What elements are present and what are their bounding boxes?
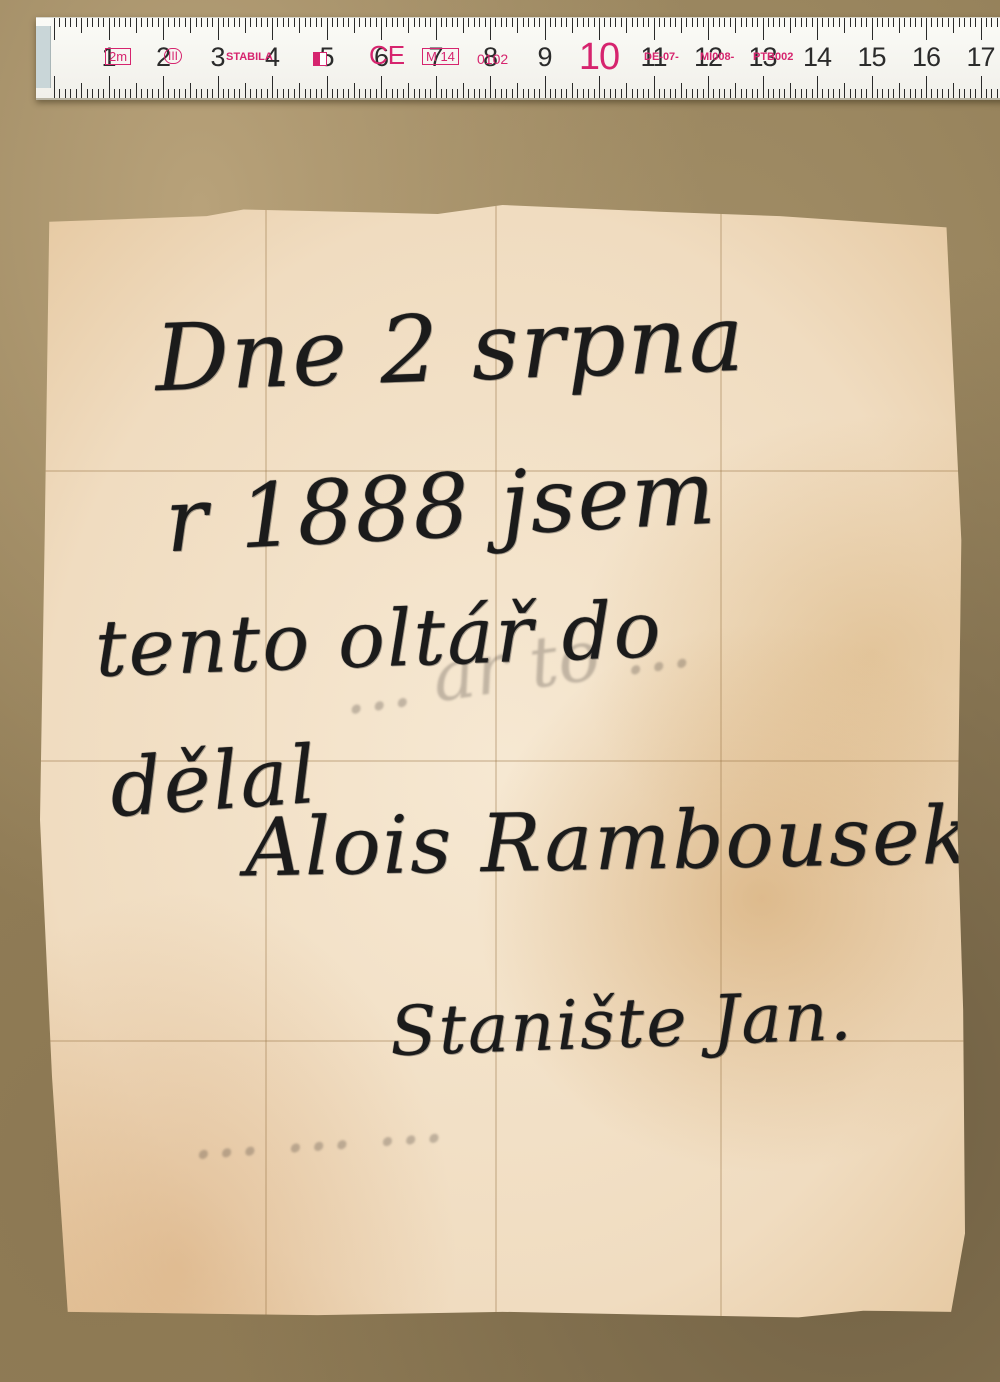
ruler-tick	[386, 18, 387, 27]
ruler-tick	[888, 18, 889, 27]
ruler-tick	[436, 18, 437, 40]
ruler-tick	[109, 18, 110, 40]
ruler-tick	[621, 18, 622, 27]
ruler-tick	[844, 83, 845, 98]
ruler-tick	[98, 18, 99, 27]
ruler-tick	[370, 89, 371, 98]
ruler-tick	[931, 18, 932, 27]
ruler-tick	[981, 76, 982, 98]
ruler-tick	[773, 89, 774, 98]
ruler-tick	[65, 89, 66, 98]
ruler-tick	[730, 18, 731, 27]
ruler-tick	[228, 18, 229, 27]
ruler-tick	[664, 18, 665, 27]
ruler-tick	[485, 18, 486, 27]
ruler-tick	[959, 18, 960, 27]
ruler-tick	[207, 89, 208, 98]
ruler-tick	[310, 18, 311, 27]
ruler-tick	[103, 18, 104, 27]
handwriting-signature: Alois Rambousek	[244, 789, 973, 895]
ruler-ticks-bottom	[36, 76, 1000, 98]
ruler-tick	[457, 18, 458, 27]
ruler-tick	[207, 18, 208, 27]
ruler-tick	[452, 89, 453, 98]
ruler-tick	[419, 89, 420, 98]
ruler-tick	[430, 18, 431, 27]
ruler-tick	[877, 18, 878, 27]
ruler-tick	[512, 18, 513, 27]
ruler-tick	[158, 89, 159, 98]
ruler-tick	[359, 18, 360, 27]
ruler-tick	[948, 89, 949, 98]
ruler-tick	[256, 18, 257, 27]
ruler-tick	[577, 18, 578, 27]
ruler-tick	[305, 89, 306, 98]
ruler-tick	[354, 83, 355, 98]
ruler-tick	[882, 18, 883, 27]
ruler-tick	[201, 18, 202, 27]
ruler-tick	[806, 18, 807, 27]
ruler-tick	[81, 18, 82, 33]
ruler-tick	[501, 18, 502, 27]
ruler-tick	[812, 18, 813, 27]
ruler-tick	[681, 18, 682, 33]
ruler-tick	[632, 18, 633, 27]
ruler-tick	[648, 89, 649, 98]
ruler-tick	[882, 89, 883, 98]
ruler-tick	[561, 18, 562, 27]
ruler-tick	[583, 89, 584, 98]
ruler-tick	[267, 89, 268, 98]
ruler-tick	[436, 76, 437, 98]
ruler-tick	[250, 89, 251, 98]
ruler-tick	[196, 89, 197, 98]
ruler-tick	[594, 18, 595, 27]
ruler-tick	[294, 89, 295, 98]
ruler-tick	[572, 83, 573, 98]
ruler-tick	[872, 76, 873, 98]
ruler-tick	[637, 89, 638, 98]
ruler-tick	[964, 89, 965, 98]
ruler-tick	[534, 18, 535, 27]
ruler-tick	[365, 89, 366, 98]
ruler-tick	[141, 89, 142, 98]
ruler-tick	[485, 89, 486, 98]
ruler-tick	[223, 18, 224, 27]
ruler-tick	[392, 18, 393, 27]
ruler-number: 15	[857, 42, 885, 73]
ruler-tick	[942, 18, 943, 27]
ruler-tick	[152, 18, 153, 27]
bleed-through-text: … … …	[187, 1076, 447, 1176]
ruler-tick	[168, 89, 169, 98]
ruler-tick	[370, 18, 371, 27]
ruler-tick	[59, 18, 60, 27]
ruler-tick	[430, 89, 431, 98]
ruler-tick	[452, 18, 453, 27]
ruler-tick	[752, 89, 753, 98]
ruler-tick	[446, 18, 447, 27]
ruler-tick	[218, 76, 219, 98]
ruler-tick	[626, 83, 627, 98]
ruler-tick	[517, 18, 518, 33]
ruler-tick	[283, 89, 284, 98]
ruler-tick	[773, 18, 774, 27]
ruler-tick	[675, 89, 676, 98]
ruler-tick	[735, 83, 736, 98]
ruler-tick	[779, 18, 780, 27]
ruler-tick	[550, 89, 551, 98]
ruler-tick	[610, 89, 611, 98]
ruler-tick	[185, 18, 186, 27]
ruler-tick	[506, 18, 507, 27]
ruler-tick	[163, 18, 164, 40]
ruler-tick	[964, 18, 965, 27]
ruler-tick	[975, 18, 976, 27]
ruler-tick	[833, 18, 834, 27]
ruler-tick	[692, 18, 693, 27]
ruler-tick	[779, 89, 780, 98]
ruler-tick	[855, 18, 856, 27]
ruler-number: 17	[966, 42, 994, 73]
ruler-tick	[626, 18, 627, 33]
ruler-tick	[490, 76, 491, 98]
ruler-tick	[457, 89, 458, 98]
ruler-tick	[713, 18, 714, 27]
ruler-tick	[337, 89, 338, 98]
ruler-cert-3: PTB002	[753, 51, 793, 63]
ruler-tick	[87, 89, 88, 98]
ruler-tick	[441, 89, 442, 98]
ruler-tick	[746, 18, 747, 27]
ruler-tick	[937, 89, 938, 98]
ruler-brand: STABILA	[226, 51, 273, 63]
ruler-tick	[757, 18, 758, 27]
ruler-tick	[234, 89, 235, 98]
ruler-tick	[904, 89, 905, 98]
ruler-tick	[953, 83, 954, 98]
ruler-tick	[942, 89, 943, 98]
ruler-tick	[528, 89, 529, 98]
ruler-tick	[545, 18, 546, 40]
ruler-tick	[125, 18, 126, 27]
ruler-tick	[70, 18, 71, 27]
ruler-tick	[752, 18, 753, 27]
ruler-tick	[59, 89, 60, 98]
ruler-tick	[724, 18, 725, 27]
ruler-tick	[212, 18, 213, 27]
ruler-tick	[768, 89, 769, 98]
ruler-tick	[523, 18, 524, 27]
ruler-tick	[517, 83, 518, 98]
ruler-tick	[686, 18, 687, 27]
ruler-tick	[550, 18, 551, 27]
ruler-tick	[87, 18, 88, 27]
ruler-tick	[615, 18, 616, 27]
ruler-tick	[664, 89, 665, 98]
ruler-tick	[986, 18, 987, 27]
ruler-tick	[397, 89, 398, 98]
ruler-tick	[174, 89, 175, 98]
ruler-tick	[119, 89, 120, 98]
ruler-tick	[953, 18, 954, 33]
ruler-tick	[321, 89, 322, 98]
ruler-tick	[937, 18, 938, 27]
ruler-tick	[495, 89, 496, 98]
ruler-tick	[414, 89, 415, 98]
ruler-tick	[376, 18, 377, 27]
ruler-tick	[790, 18, 791, 33]
ruler-tick	[76, 18, 77, 27]
handwriting-line-1: Dne 2 srpna	[153, 285, 747, 413]
ruler-tick	[174, 18, 175, 27]
ruler-quality-square-icon	[313, 52, 327, 66]
ruler-tick	[850, 18, 851, 27]
handwritten-letter: … ar to … … … … Dne 2 srpna r 1888 jsem …	[40, 205, 965, 1323]
ruler-tick	[643, 18, 644, 27]
ruler-tick	[708, 76, 709, 98]
ruler-tick	[141, 18, 142, 27]
ruler-tick	[272, 18, 273, 40]
ruler-tick	[975, 89, 976, 98]
ruler-tick	[245, 18, 246, 33]
ruler-tick	[703, 89, 704, 98]
ruler-tick	[163, 76, 164, 98]
ruler-tick	[408, 18, 409, 33]
ruler-tick	[419, 18, 420, 27]
ruler-tick	[119, 18, 120, 27]
ruler-ce-mark: CE	[369, 40, 405, 71]
ruler-tick	[196, 18, 197, 27]
ruler-tick	[866, 89, 867, 98]
ruler-tick	[604, 18, 605, 27]
ruler-tick	[147, 18, 148, 27]
ruler-tick	[719, 89, 720, 98]
ruler-tick	[190, 18, 191, 33]
ruler-tick	[757, 89, 758, 98]
ruler-tick	[991, 89, 992, 98]
ruler-tick	[239, 89, 240, 98]
ruler-cert-1: DE-07-	[644, 51, 679, 63]
ruler-tick	[76, 89, 77, 98]
ruler-tick	[261, 18, 262, 27]
ruler-tick	[474, 89, 475, 98]
ruler-tick	[768, 18, 769, 27]
ruler-tick	[763, 18, 764, 40]
ruler-tick	[899, 18, 900, 33]
ruler-tick	[414, 18, 415, 27]
ruler-tick	[348, 18, 349, 27]
ruler-tick	[741, 18, 742, 27]
ruler-tick	[893, 18, 894, 27]
ruler-tick	[735, 18, 736, 33]
ruler-tick	[185, 89, 186, 98]
ruler-tick	[528, 18, 529, 27]
ruler-tick	[479, 18, 480, 27]
ruler-tick	[659, 18, 660, 27]
ruler-tick	[959, 89, 960, 98]
ruler-tick	[327, 18, 328, 40]
ruler-tick	[109, 76, 110, 98]
ruler-tick	[523, 89, 524, 98]
ruler-tick	[915, 18, 916, 27]
ruler-tick	[294, 18, 295, 27]
ruler-tick	[637, 18, 638, 27]
ruler-tick	[327, 76, 328, 98]
ruler-tick	[168, 18, 169, 27]
ruler-cert-2: MI008-	[700, 51, 734, 63]
ruler-tick	[130, 89, 131, 98]
ruler-tick	[561, 89, 562, 98]
ruler-tick	[828, 18, 829, 27]
ruler-tick	[234, 18, 235, 27]
ruler-number: 3	[210, 42, 224, 73]
ruler-tick	[381, 18, 382, 40]
ruler-tick	[784, 89, 785, 98]
ruler-tick	[970, 18, 971, 27]
ruler-tick	[474, 18, 475, 27]
ruler-number: 14	[803, 42, 831, 73]
ruler-tick	[997, 89, 998, 98]
ruler-tick	[54, 76, 55, 98]
ruler-tick	[239, 18, 240, 27]
ruler-tick	[839, 89, 840, 98]
ruler-tick	[822, 89, 823, 98]
ruler-tick	[152, 89, 153, 98]
ruler-tick	[403, 89, 404, 98]
ruler-tick	[899, 83, 900, 98]
ruler-tick	[670, 89, 671, 98]
ruler-tick	[795, 18, 796, 27]
ruler-tick	[850, 89, 851, 98]
ruler-tick	[910, 18, 911, 27]
ruler-tick	[354, 18, 355, 33]
ruler-tick	[114, 89, 115, 98]
ruler-tick	[654, 18, 655, 40]
ruler-tick	[654, 76, 655, 98]
ruler-tick	[697, 89, 698, 98]
ruler-tick	[267, 18, 268, 27]
ruler-tick	[926, 18, 927, 40]
ruler-tick	[921, 89, 922, 98]
ruler-tick	[386, 89, 387, 98]
ruler-tick	[719, 18, 720, 27]
ruler-tick	[365, 18, 366, 27]
ruler-tick	[512, 89, 513, 98]
ruler-tick	[392, 89, 393, 98]
ruler-tick	[866, 18, 867, 27]
ruler-number: 9	[537, 42, 551, 73]
ruler-tick	[376, 89, 377, 98]
ruler-tick	[54, 18, 55, 40]
ruler-tick	[577, 89, 578, 98]
ruler-tick	[98, 89, 99, 98]
ruler-tick	[310, 89, 311, 98]
ruler-tick	[610, 18, 611, 27]
ruler-tick	[801, 89, 802, 98]
ruler-tick	[136, 18, 137, 33]
ruler-tick	[332, 89, 333, 98]
ruler-tick	[490, 18, 491, 40]
ruler-tick	[381, 76, 382, 98]
ruler-tick	[343, 89, 344, 98]
ruler-tick	[713, 89, 714, 98]
ruler-number: 16	[912, 42, 940, 73]
ruler-metrology-mark: M 14	[422, 48, 459, 65]
ruler-tick	[555, 89, 556, 98]
ruler-tick	[468, 89, 469, 98]
ruler-tick	[463, 83, 464, 98]
ruler-tick	[681, 83, 682, 98]
handwriting-line-2: r 1888 jsem	[163, 441, 720, 573]
ruler-tick	[147, 89, 148, 98]
ruler-tick	[92, 89, 93, 98]
ruler-tick	[495, 18, 496, 27]
ruler-tick	[288, 89, 289, 98]
ruler-tick	[408, 83, 409, 98]
ruler-tick	[136, 83, 137, 98]
ruler-tick	[125, 89, 126, 98]
ruler-tick	[441, 18, 442, 27]
ruler-tick	[763, 76, 764, 98]
ruler-tick	[201, 89, 202, 98]
ruler-tick	[931, 89, 932, 98]
ruler-tick	[321, 18, 322, 27]
ruler-tick	[539, 18, 540, 27]
ruler-tick	[632, 89, 633, 98]
ruler-tick	[828, 89, 829, 98]
ruler-tick	[861, 18, 862, 27]
ruler-tick	[833, 89, 834, 98]
ruler-tick	[92, 18, 93, 27]
ruler-tick	[817, 18, 818, 40]
ruler-tick	[588, 89, 589, 98]
ruler-tick	[588, 18, 589, 27]
ruler-tick	[659, 89, 660, 98]
ruler-accuracy-class: III	[164, 48, 182, 64]
ruler-tick	[839, 18, 840, 27]
ruler-tick	[670, 18, 671, 27]
ruler-tick	[228, 89, 229, 98]
ruler-tick	[599, 76, 600, 98]
ruler-tick	[316, 89, 317, 98]
ruler-length-mark: 2m	[105, 48, 131, 65]
ruler-tick	[359, 89, 360, 98]
ruler-tick	[692, 89, 693, 98]
ruler-tick	[397, 18, 398, 27]
ruler-tick	[277, 18, 278, 27]
ruler-tick	[806, 89, 807, 98]
ruler-tick	[212, 89, 213, 98]
ruler-tick	[256, 89, 257, 98]
ruler-tick	[855, 89, 856, 98]
ruler-tick	[81, 83, 82, 98]
ruler-tick	[545, 76, 546, 98]
ruler-tick	[114, 18, 115, 27]
ruler-tick	[991, 18, 992, 27]
ruler-tick	[910, 89, 911, 98]
ruler-tick	[621, 89, 622, 98]
ruler-tick	[501, 89, 502, 98]
ruler-tick	[70, 89, 71, 98]
ruler-tick	[179, 18, 180, 27]
ruler-tick	[604, 89, 605, 98]
ruler-tick	[272, 76, 273, 98]
ruler-tick	[277, 89, 278, 98]
ruler-tick	[795, 89, 796, 98]
ruler-tick	[250, 18, 251, 27]
ruler-tick	[283, 18, 284, 27]
